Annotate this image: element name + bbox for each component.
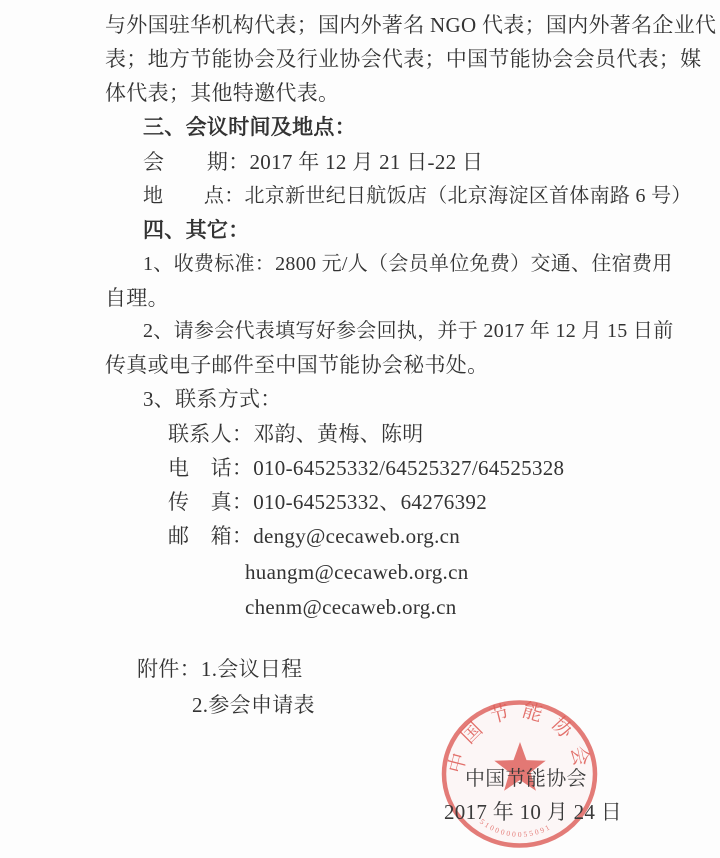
attachment-line-1: 附件：1.会议日程 (137, 656, 302, 682)
contact-phone-line: 电 话：010-64525332/64525327/64525328 (168, 455, 564, 481)
meeting-venue-line: 地 点：北京新世纪日航饭店（北京海淀区首体南路 6 号） (143, 183, 692, 209)
attendees-line-1: 与外国驻华机构代表；国内外著名 NGO 代表；国内外著名企业代 (105, 12, 716, 38)
contact-fax-line: 传 真：010-64525332、64276392 (168, 489, 487, 515)
meeting-date-line: 会 期：2017 年 12 月 21 日-22 日 (143, 149, 483, 175)
attachment-line-2: 2.参会申请表 (192, 692, 315, 718)
attendees-line-3: 体代表；其他特邀代表。 (105, 80, 339, 106)
section-4-heading: 四、其它： (143, 217, 250, 243)
contact-section-heading: 3、联系方式： (143, 386, 282, 412)
contact-email-line-2: huangm@cecaweb.org.cn (245, 559, 469, 585)
signature-date: 2017 年 10 月 24 日 (444, 799, 622, 825)
signature-org-name: 中国节能协会 (465, 766, 587, 792)
reply-line-1: 2、请参会代表填写好参会回执，并于 2017 年 12 月 15 日前 (143, 318, 674, 344)
contact-email-line-1: 邮 箱：dengy@cecaweb.org.cn (168, 523, 460, 549)
fee-line-2: 自理。 (105, 285, 169, 311)
section-3-heading: 三、会议时间及地点： (143, 114, 356, 140)
contact-email-line-3: chenm@cecaweb.org.cn (245, 594, 457, 620)
fee-line-1: 1、收费标准：2800 元/人（会员单位免费）交通、住宿费用 (143, 251, 673, 277)
contact-person-line: 联系人：邓韵、黄梅、陈明 (168, 421, 424, 447)
attendees-line-2: 表；地方节能协会及行业协会代表；中国节能协会会员代表；媒 (105, 46, 701, 72)
reply-line-2: 传真或电子邮件至中国节能协会秘书处。 (105, 352, 488, 378)
document-page: 中国节能协会 5100000055091 与外国驻华机构代表；国内外著名 NGO… (0, 0, 720, 858)
